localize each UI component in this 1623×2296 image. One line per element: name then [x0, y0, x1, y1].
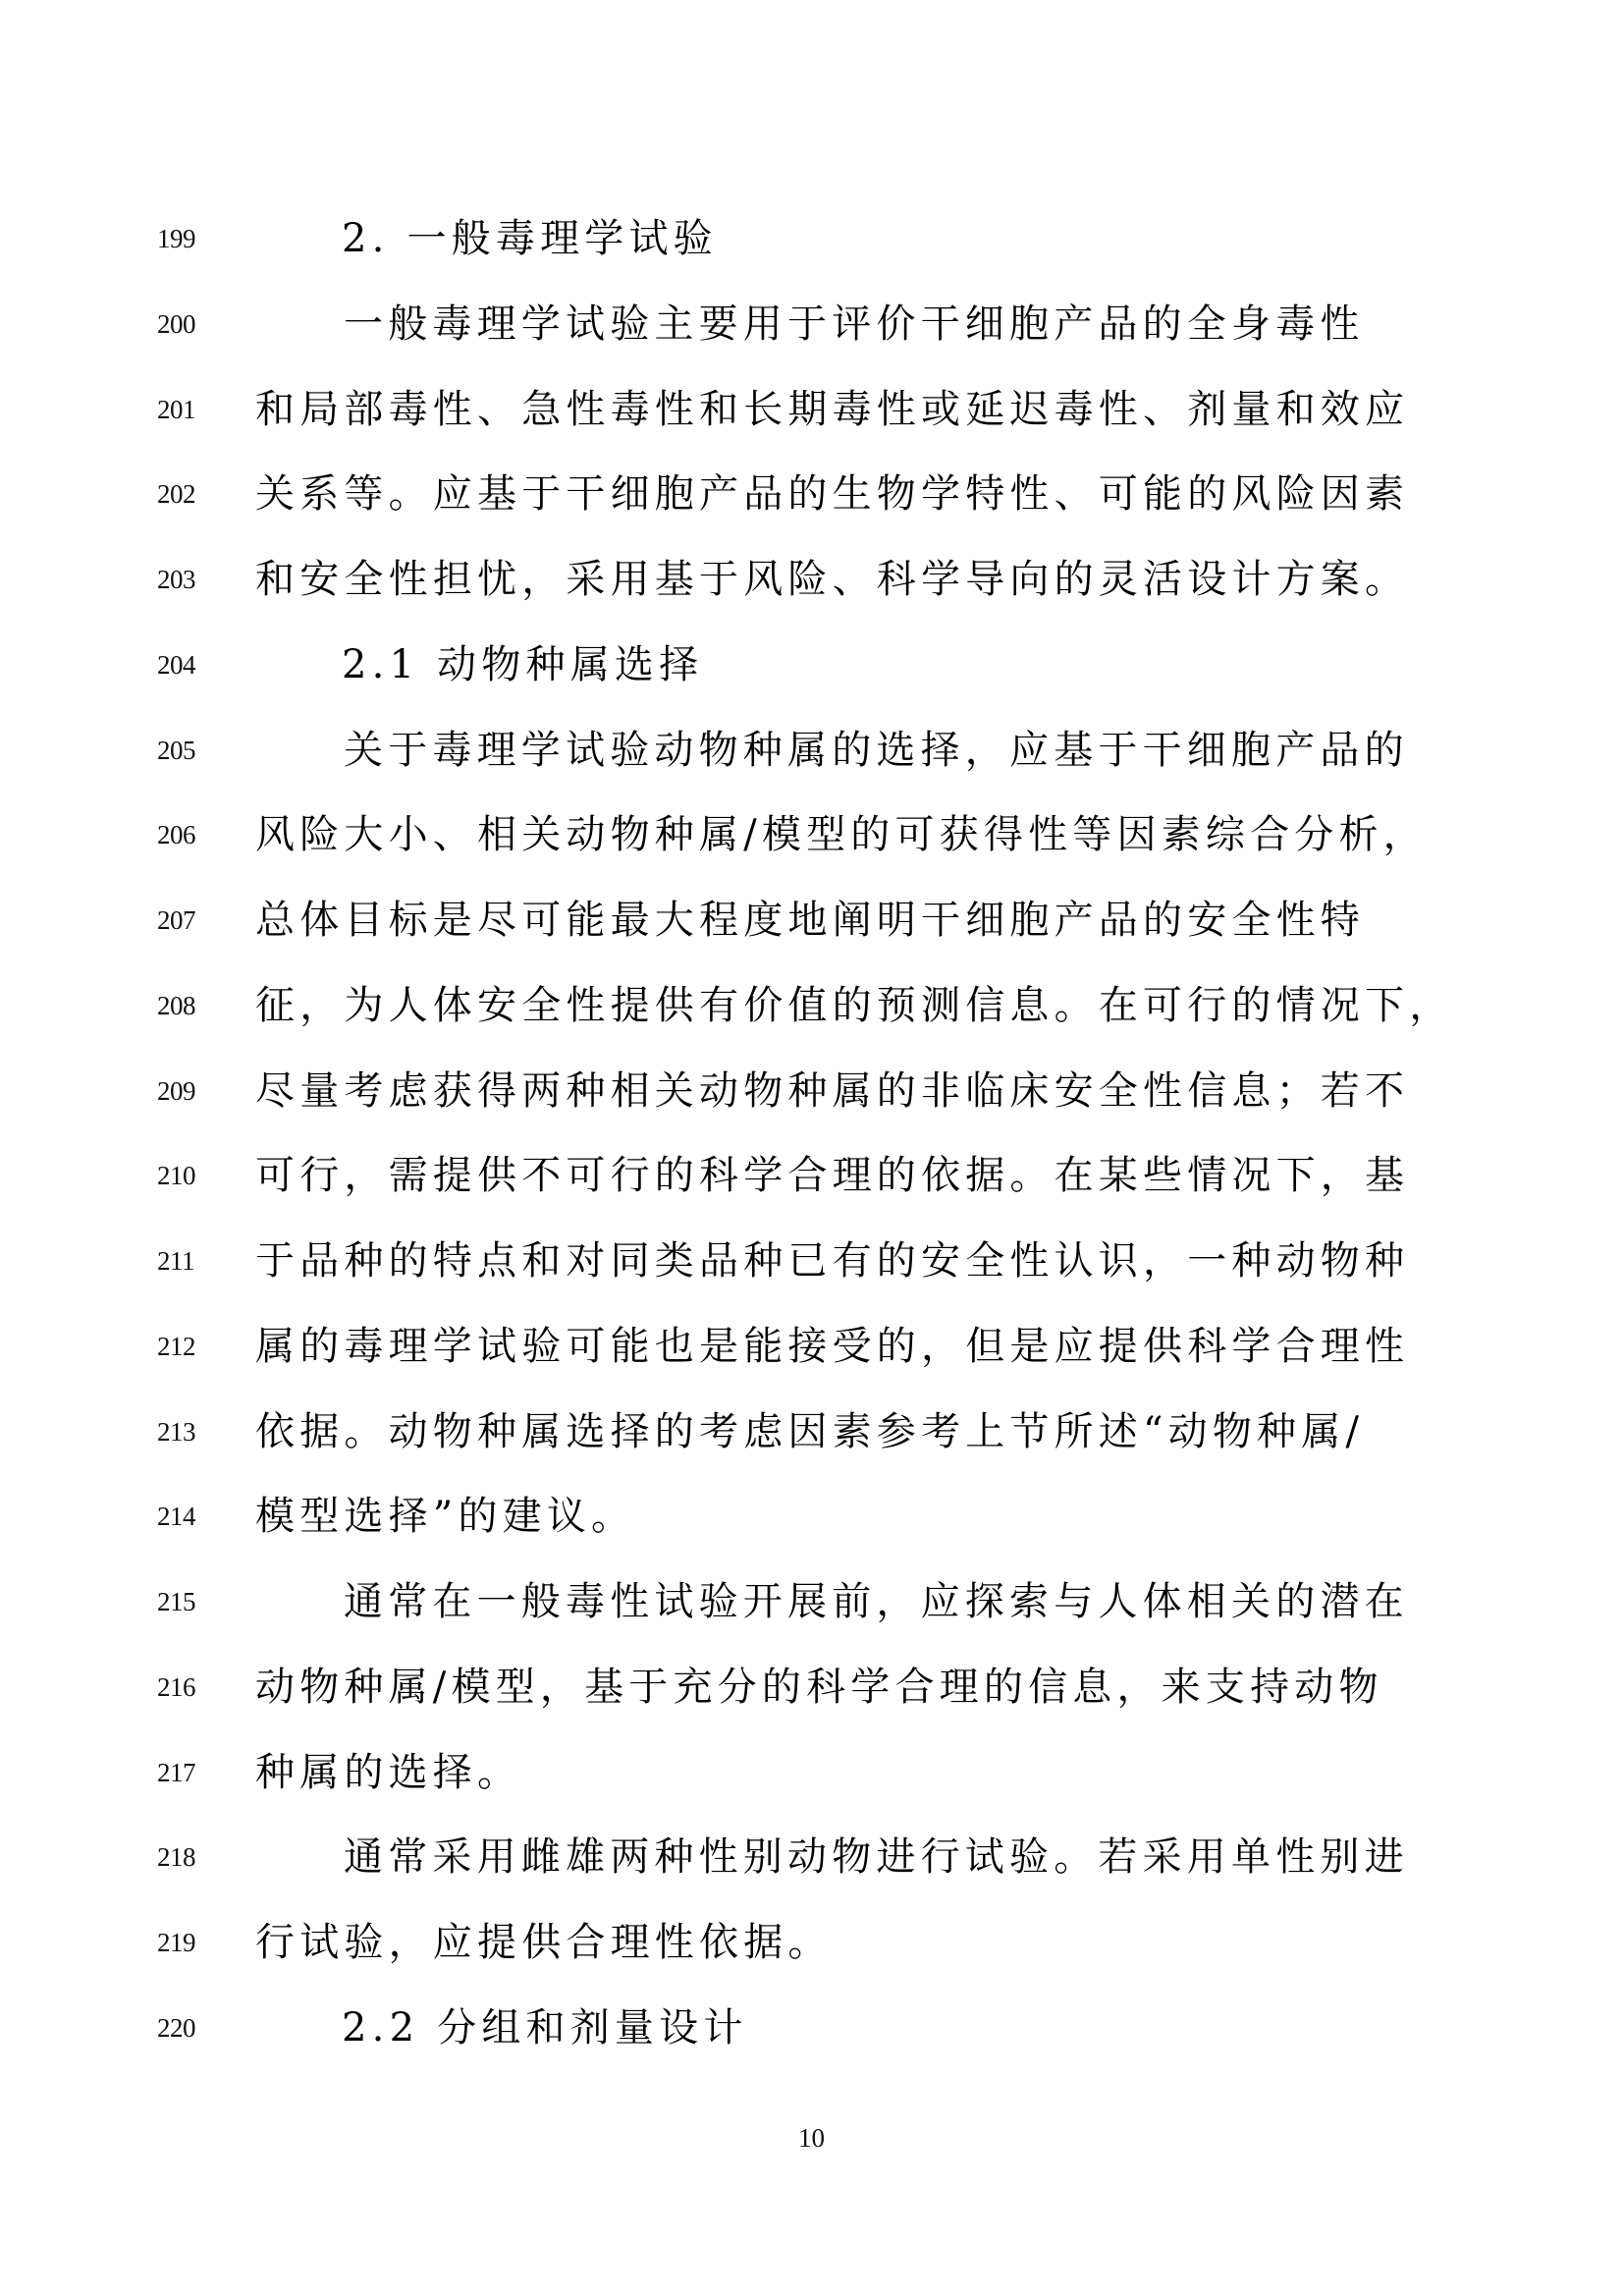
line-number: 200 [157, 282, 195, 367]
text-line: 206 风险大小、相关动物种属/模型的可获得性等因素综合分析， [0, 793, 1623, 878]
line-number: 207 [157, 878, 195, 963]
line-number: 211 [157, 1219, 194, 1304]
text-line: 219 行试验，应提供合理性依据。 [0, 1900, 1623, 1986]
paragraph-line: 总体目标是尽可能最大程度地阐明干细胞产品的安全性特 [255, 878, 1384, 963]
line-number: 202 [157, 452, 195, 537]
line-number: 212 [157, 1304, 195, 1390]
text-line: 204 2.1 动物种属选择 [0, 623, 1623, 708]
page-number: 10 [0, 2121, 1623, 2155]
section-heading: 2. 一般毒理学试验 [342, 196, 1471, 282]
paragraph-line: 依据。动物种属选择的考虑因素参考上节所述“动物种属/ [255, 1390, 1384, 1475]
paragraph-line: 风险大小、相关动物种属/模型的可获得性等因素综合分析， [255, 793, 1384, 878]
paragraph-line: 和安全性担忧，采用基于风险、科学导向的灵活设计方案。 [255, 537, 1384, 623]
line-number: 201 [157, 367, 195, 453]
paragraph-first-line: 通常在一般毒性试验开展前，应探索与人体相关的潜在 [344, 1559, 1384, 1645]
subsection-heading: 2.2 分组和剂量设计 [342, 1986, 1471, 2071]
paragraph-line: 行试验，应提供合理性依据。 [255, 1900, 1384, 1986]
line-number: 210 [157, 1133, 195, 1219]
paragraph-first-line: 通常采用雌雄两种性别动物进行试验。若采用单性别进 [344, 1815, 1384, 1900]
paragraph-line: 动物种属/模型，基于充分的科学合理的信息，来支持动物 [255, 1645, 1384, 1730]
text-line: 207 总体目标是尽可能最大程度地阐明干细胞产品的安全性特 [0, 878, 1623, 963]
paragraph-line: 和局部毒性、急性毒性和长期毒性或延迟毒性、剂量和效应 [255, 367, 1384, 453]
line-number: 217 [157, 1730, 195, 1816]
paragraph-line: 可行，需提供不可行的科学合理的依据。在某些情况下，基 [255, 1133, 1384, 1219]
line-number: 213 [157, 1390, 195, 1475]
line-number: 209 [157, 1049, 195, 1134]
paragraph-first-line: 一般毒理学试验主要用于评价干细胞产品的全身毒性 [344, 282, 1384, 367]
text-line: 213 依据。动物种属选择的考虑因素参考上节所述“动物种属/ [0, 1390, 1623, 1475]
text-line: 220 2.2 分组和剂量设计 [0, 1986, 1623, 2071]
text-line: 209 尽量考虑获得两种相关动物种属的非临床安全性信息；若不 [0, 1049, 1623, 1134]
paragraph-line: 属的毒理学试验可能也是能接受的，但是应提供科学合理性 [255, 1304, 1384, 1390]
text-line: 211 于品种的特点和对同类品种已有的安全性认识，一种动物种 [0, 1219, 1623, 1304]
paragraph-line: 种属的选择。 [255, 1730, 1384, 1816]
text-line: 214 模型选择”的建议。 [0, 1474, 1623, 1559]
line-number: 218 [157, 1815, 195, 1900]
text-line: 216 动物种属/模型，基于充分的科学合理的信息，来支持动物 [0, 1645, 1623, 1730]
text-line: 217 种属的选择。 [0, 1730, 1623, 1816]
text-line: 200 一般毒理学试验主要用于评价干细胞产品的全身毒性 [0, 282, 1623, 367]
text-line: 205 关于毒理学试验动物种属的选择，应基于干细胞产品的 [0, 708, 1623, 793]
line-number: 199 [157, 196, 195, 282]
line-number: 219 [157, 1900, 195, 1986]
text-line: 199 2. 一般毒理学试验 [0, 196, 1623, 282]
line-number: 205 [157, 708, 195, 793]
text-line: 201 和局部毒性、急性毒性和长期毒性或延迟毒性、剂量和效应 [0, 367, 1623, 453]
line-number: 214 [157, 1474, 195, 1559]
line-number: 208 [157, 963, 195, 1049]
line-number: 216 [157, 1645, 195, 1730]
paragraph-line: 模型选择”的建议。 [255, 1474, 1384, 1559]
line-number: 204 [157, 623, 195, 708]
subsection-heading: 2.1 动物种属选择 [342, 623, 1471, 708]
line-number: 206 [157, 793, 195, 878]
line-number: 220 [157, 1986, 195, 2071]
line-numbered-text: 199 2. 一般毒理学试验 200 一般毒理学试验主要用于评价干细胞产品的全身… [0, 196, 1623, 2071]
text-line: 208 征，为人体安全性提供有价值的预测信息。在可行的情况下， [0, 963, 1623, 1049]
text-line: 218 通常采用雌雄两种性别动物进行试验。若采用单性别进 [0, 1815, 1623, 1900]
text-line: 203 和安全性担忧，采用基于风险、科学导向的灵活设计方案。 [0, 537, 1623, 623]
text-line: 215 通常在一般毒性试验开展前，应探索与人体相关的潜在 [0, 1559, 1623, 1645]
paragraph-line: 关系等。应基于干细胞产品的生物学特性、可能的风险因素 [255, 452, 1384, 537]
document-page: 199 2. 一般毒理学试验 200 一般毒理学试验主要用于评价干细胞产品的全身… [0, 0, 1623, 2296]
line-number: 203 [157, 537, 195, 623]
text-line: 202 关系等。应基于干细胞产品的生物学特性、可能的风险因素 [0, 452, 1623, 537]
line-number: 215 [157, 1559, 195, 1645]
paragraph-line: 征，为人体安全性提供有价值的预测信息。在可行的情况下， [255, 963, 1384, 1049]
paragraph-line: 于品种的特点和对同类品种已有的安全性认识，一种动物种 [255, 1219, 1384, 1304]
text-line: 212 属的毒理学试验可能也是能接受的，但是应提供科学合理性 [0, 1304, 1623, 1390]
text-line: 210 可行，需提供不可行的科学合理的依据。在某些情况下，基 [0, 1133, 1623, 1219]
paragraph-first-line: 关于毒理学试验动物种属的选择，应基于干细胞产品的 [344, 708, 1384, 793]
paragraph-line: 尽量考虑获得两种相关动物种属的非临床安全性信息；若不 [255, 1049, 1384, 1134]
